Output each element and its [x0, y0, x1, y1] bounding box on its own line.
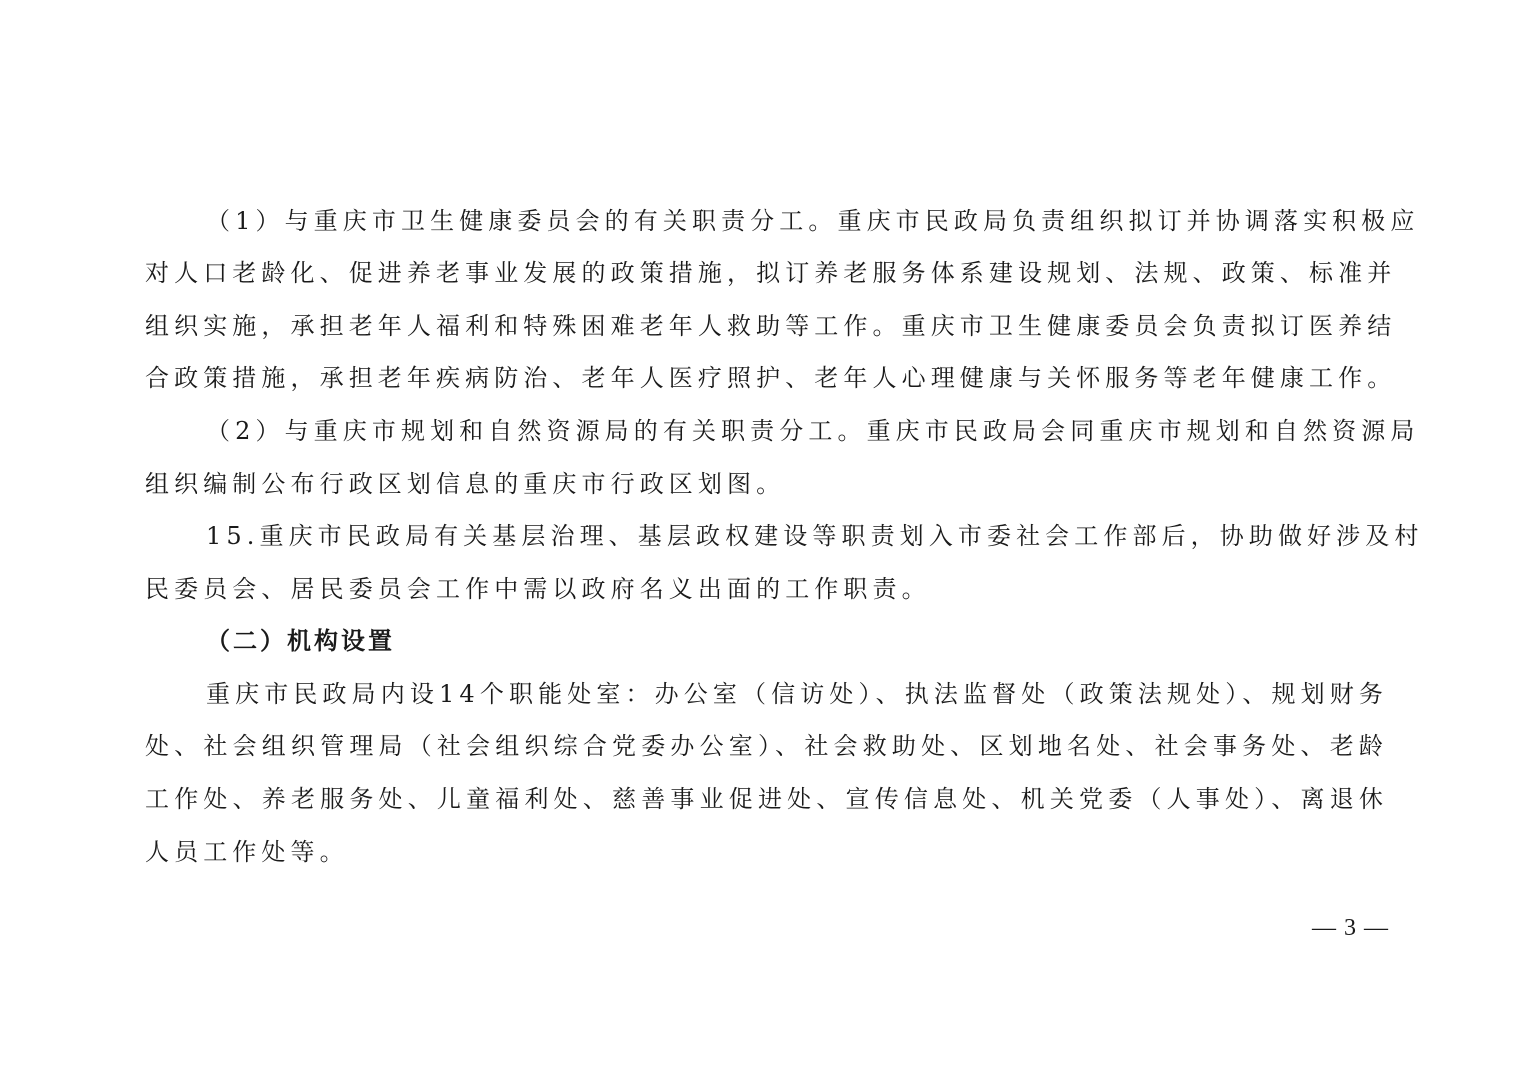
section-heading: （二）机构设置	[206, 625, 395, 657]
paragraph-3-line-1: 15.重庆市民政局有关基层治理、基层政权建设等职责划入市委社会工作部后，协助做好…	[206, 520, 1388, 552]
paragraph-4-line-1: 重庆市民政局内设14个职能处室：办公室（信访处）、执法监督处（政策法规处）、规划…	[206, 678, 1388, 710]
paragraph-3-line-2: 民委员会、居民委员会工作中需以政府名义出面的工作职责。	[145, 573, 1388, 605]
page-number: — 3 —	[1312, 912, 1389, 944]
paragraph-4-line-3: 工作处、养老服务处、儿童福利处、慈善事业促进处、宣传信息处、机关党委（人事处）、…	[145, 783, 1388, 815]
paragraph-1-line-3: 组织实施，承担老年人福利和特殊困难老年人救助等工作。重庆市卫生健康委员会负责拟订…	[145, 310, 1388, 342]
paragraph-1-line-2: 对人口老龄化、促进养老事业发展的政策措施，拟订养老服务体系建设规划、法规、政策、…	[145, 257, 1388, 289]
paragraph-2-line-2: 组织编制公布行政区划信息的重庆市行政区划图。	[145, 468, 1388, 500]
paragraph-1-line-1: （1）与重庆市卫生健康委员会的有关职责分工。重庆市民政局负责组织拟订并协调落实积…	[206, 205, 1388, 237]
paragraph-4-line-4: 人员工作处等。	[145, 836, 1388, 868]
paragraph-4-line-2: 处、社会组织管理局（社会组织综合党委办公室）、社会救助处、区划地名处、社会事务处…	[145, 730, 1388, 762]
paragraph-2-line-1: （2）与重庆市规划和自然资源局的有关职责分工。重庆市民政局会同重庆市规划和自然资…	[206, 415, 1388, 447]
document-page: （1）与重庆市卫生健康委员会的有关职责分工。重庆市民政局负责组织拟订并协调落实积…	[0, 0, 1520, 1074]
paragraph-1-line-4: 合政策措施，承担老年疾病防治、老年人医疗照护、老年人心理健康与关怀服务等老年健康…	[145, 362, 1388, 394]
